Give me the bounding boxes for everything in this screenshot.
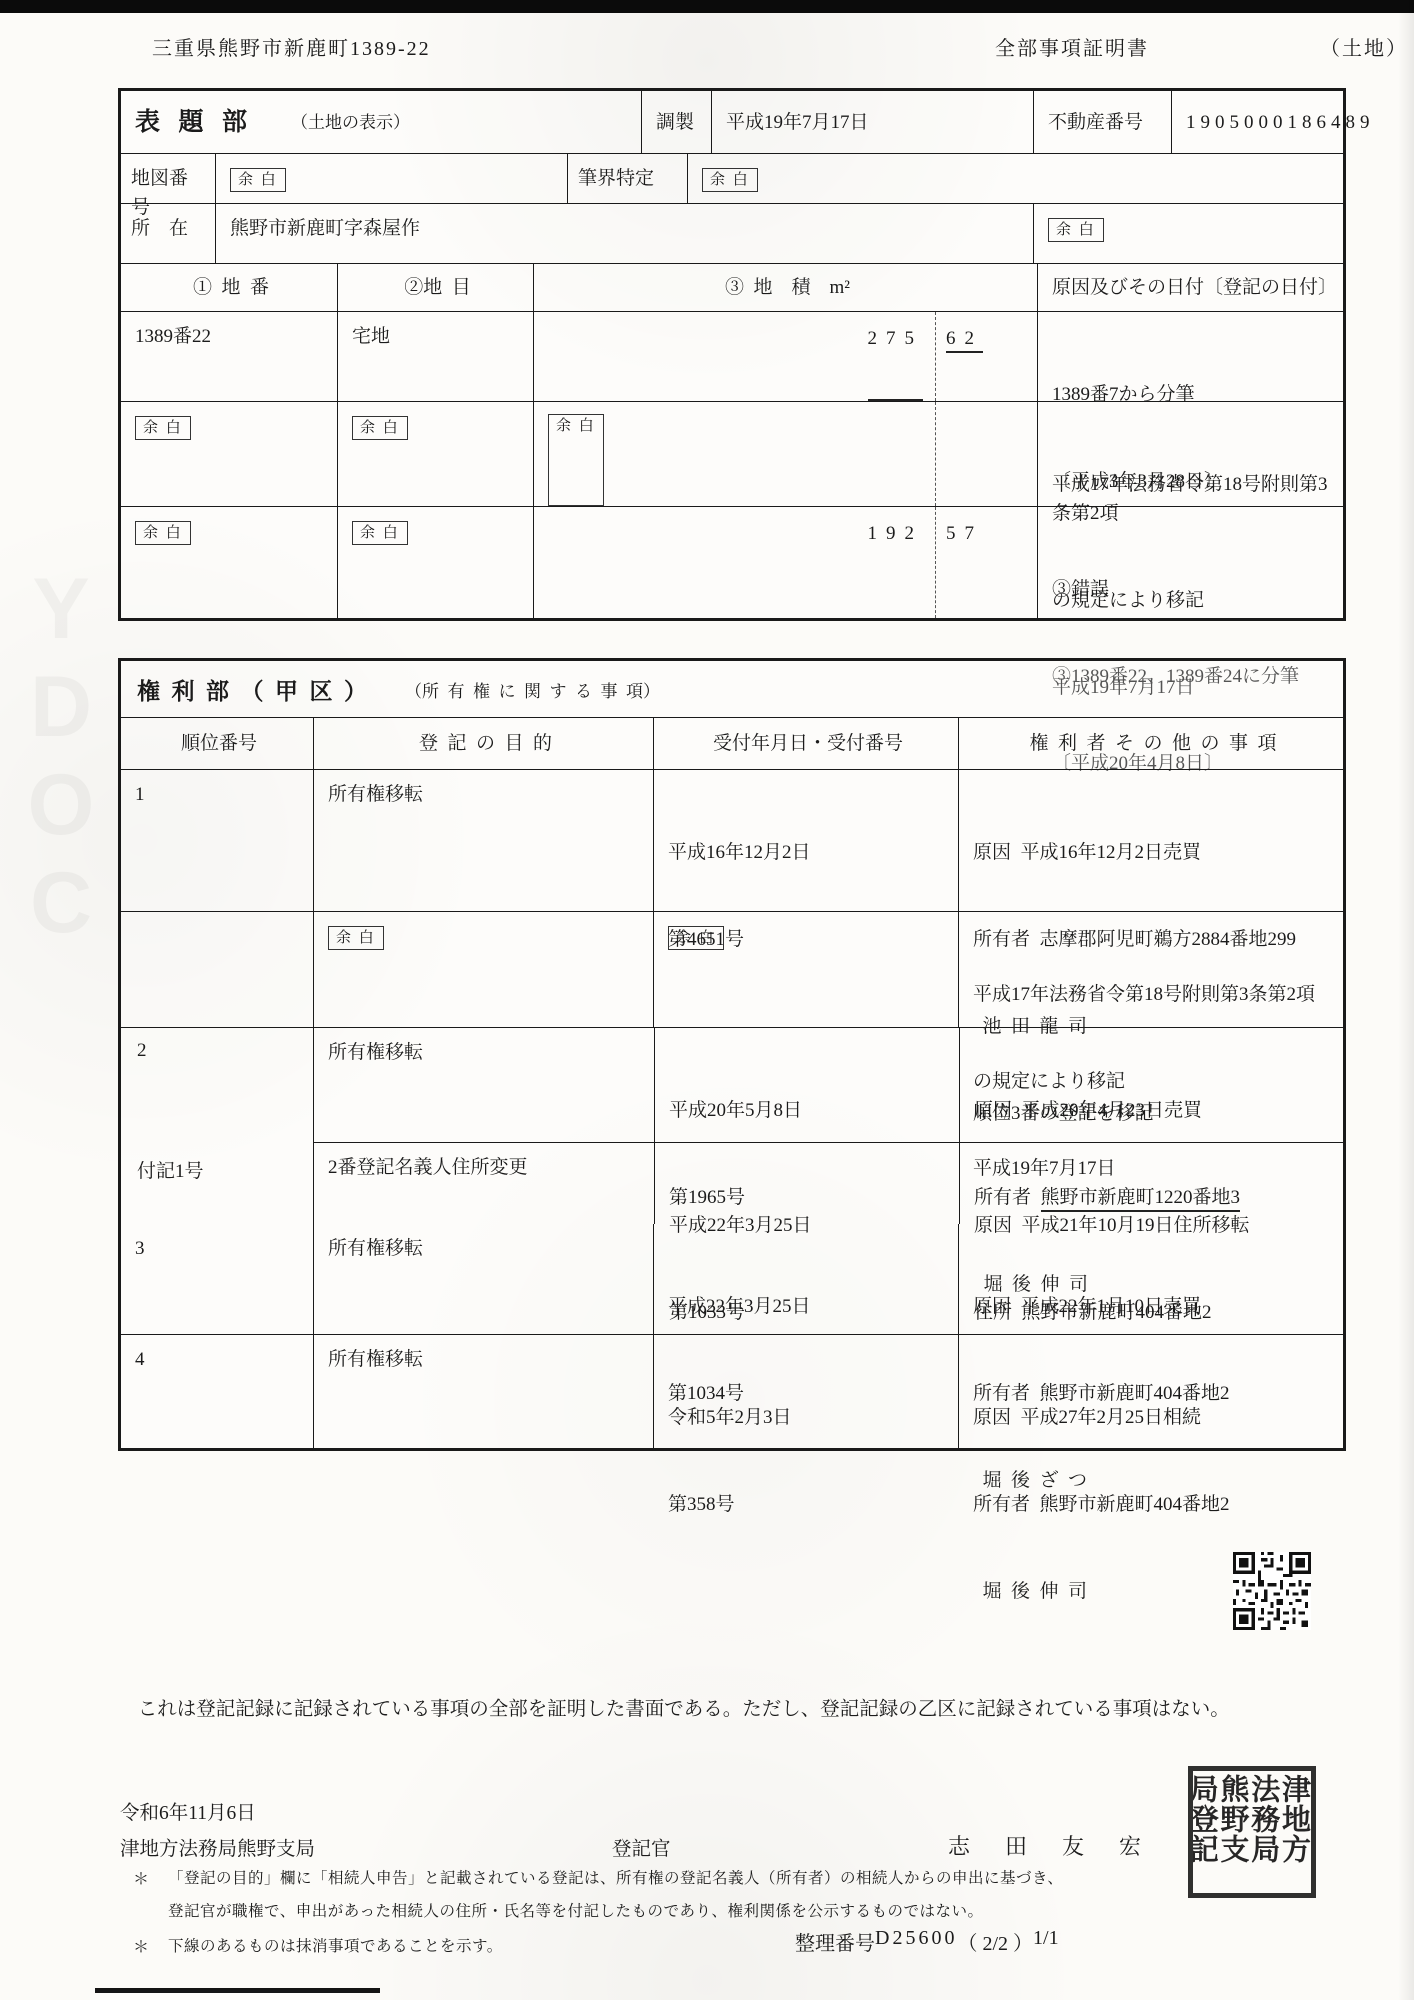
- reception-date: 令和5年2月3日: [668, 1403, 948, 1432]
- boundary-label: 筆界特定: [567, 154, 687, 203]
- land-category: 宅地: [337, 312, 533, 401]
- table-row: 所有権移転 平成20年5月8日 第1965号 原因 平成20年4月23日売買 所…: [314, 1028, 1343, 1142]
- col-cause: 原因及びその日付〔登記の日付〕: [1037, 264, 1343, 311]
- reference-number-row: 整理番号 D25600 （ 2/2 ） 1/1: [795, 1927, 1059, 1956]
- table-row: 4 所有権移転 令和5年2月3日 第358号 原因 平成27年2月25日相続 所…: [121, 1334, 1343, 1448]
- land-area: 192 57: [533, 507, 1037, 618]
- document-type: （土地）: [1320, 32, 1408, 61]
- footnote-1-line-2: 登記官が職権で、申出があった相続人の住所・氏名等を付記したものであり、権利関係を…: [168, 1899, 984, 1921]
- area-decimal: 57: [946, 523, 983, 544]
- cause-line: ③錯誤: [1052, 575, 1333, 604]
- holder-details: 原因 平成21年10月19日住所移転 住所 熊野市新鹿町404番地2: [959, 1143, 1343, 1224]
- col-reception: 受付年月日・受付番号: [653, 718, 958, 769]
- rights-section-table: 権 利 部 （ 甲 区 ） （所 有 権 に 関 す る 事 項） 順位番号 登…: [118, 658, 1346, 1451]
- scan-artifact-bottom: [95, 1988, 380, 1993]
- document-title: 全部事項証明書: [995, 32, 1149, 61]
- map-number-label: 地図番号: [121, 154, 215, 203]
- blank-label: 余 白: [352, 521, 408, 545]
- location-row: 所 在 熊野市新鹿町字森屋作 余 白: [121, 203, 1343, 263]
- footnote-1-line-1: 「登記の目的」欄に「相続人申告」と記載されている登記は、所有権の登記名義人（所有…: [168, 1866, 1308, 1888]
- rank: 3: [121, 1224, 313, 1334]
- qr-code-icon: [1233, 1552, 1311, 1630]
- reception-date: 平成22年3月25日: [668, 1292, 948, 1321]
- title-section-heading: 表 題 部 （土地の表示）: [121, 91, 641, 153]
- sheet-number: 1/1: [1033, 1927, 1059, 1956]
- title-columns-row: ① 地 番 ②地 目 ③ 地 積 m² 原因及びその日付〔登記の日付〕: [121, 263, 1343, 311]
- reception-date: 平成20年5月8日: [669, 1096, 949, 1125]
- table-row: 1389番22 宅地 275 62 1389番7から分筆 〔平成3年3月28日〕: [121, 311, 1343, 401]
- rank: [121, 912, 313, 1027]
- location-value: 熊野市新鹿町字森屋作: [215, 204, 1033, 263]
- prepared-label: 調製: [641, 91, 711, 153]
- title-section-table: 表 題 部 （土地の表示） 調製 平成19年7月17日 不動産番号 190500…: [118, 88, 1346, 621]
- blank-label: 余 白: [668, 926, 724, 950]
- cause-cell: 1389番7から分筆 〔平成3年3月28日〕: [1037, 312, 1343, 401]
- certification-statement: これは登記記録に記録されている事項の全部を証明した書面である。ただし、登記記録の…: [128, 1693, 1390, 1727]
- footnote-2: 下線のあるものは抹消事項であることを示す。: [168, 1934, 503, 1956]
- col-land-category: ②地 目: [337, 264, 533, 311]
- rights-columns-row: 順位番号 登 記 の 目 的 受付年月日・受付番号 権 利 者 そ の 他 の …: [121, 717, 1343, 769]
- blank-label: 余 白: [702, 168, 758, 192]
- reception: 平成22年3月25日 第1034号: [653, 1224, 958, 1334]
- footnote-asterisk: ＊: [133, 1934, 149, 1957]
- rank: 4: [121, 1335, 313, 1448]
- section-heading: 表 題 部: [135, 108, 249, 137]
- reception: 平成22年3月25日 第1033号: [654, 1143, 959, 1224]
- rank: 1: [121, 770, 313, 911]
- table-row: 余 白 余 白 余 白 平成17年法務省令第18号附則第3条第2項 の規定により…: [121, 401, 1343, 506]
- cause-cell: 平成17年法務省令第18号附則第3条第2項 の規定により移記 平成19年7月17…: [1037, 402, 1343, 506]
- holder-details: 原因 平成20年4月23日売買 所有者 熊野市新鹿町1220番地3 堀 後 伸 …: [959, 1028, 1343, 1142]
- issue-date: 令和6年11月6日: [120, 1797, 256, 1825]
- col-holder: 権 利 者 そ の 他 の 事 項: [958, 718, 1343, 769]
- rights-section-heading-row: 権 利 部 （ 甲 区 ） （所 有 権 に 関 す る 事 項）: [121, 661, 1343, 717]
- table-row: 1 所有権移転 平成16年12月2日 第4651号 原因 平成16年12月2日売…: [121, 769, 1343, 911]
- blank-label: 余 白: [328, 926, 384, 950]
- land-area: 余 白: [533, 402, 1037, 506]
- property-number-value: 1905000186489: [1171, 91, 1385, 153]
- rank: 付記1号: [137, 1156, 204, 1183]
- table-row-pair: 2 付記1号 所有権移転 平成20年5月8日 第1965号 原因 平成20年4月…: [121, 1027, 1343, 1224]
- anticopy-watermark: Y D O C: [18, 560, 104, 952]
- registrar-name: 志 田 友 宏: [948, 1830, 1149, 1861]
- reception: 平成16年12月2日 第4651号: [653, 770, 958, 911]
- registrar-label: 登記官: [612, 1833, 671, 1861]
- section-heading-sub: （土地の表示）: [291, 108, 410, 137]
- table-row: 余 白 余 白 192 57 ③錯誤 ③1389番22、1389番24に分筆 〔…: [121, 506, 1343, 618]
- issuing-office: 津地方法務局熊野支局: [120, 1833, 315, 1861]
- holder-details: 原因 平成22年1月10日売買 所有者 熊野市新鹿町404番地2 堀 後 ざ つ: [958, 1224, 1343, 1334]
- table-row: 3 所有権移転 平成22年3月25日 第1034号 原因 平成22年1月10日売…: [121, 1224, 1343, 1334]
- detail-line: 平成17年法務省令第18号附則第3条第2項: [973, 980, 1333, 1009]
- reception: 令和5年2月3日 第358号: [653, 1335, 958, 1448]
- boundary-value: 余 白: [687, 154, 1343, 203]
- reception-number: 第358号: [668, 1490, 948, 1519]
- detail-line: 原因 平成16年12月2日売買: [973, 838, 1333, 867]
- blank-label: 余 白: [548, 414, 604, 506]
- section-heading: 権 利 部 （ 甲 区 ）: [137, 673, 367, 706]
- purpose: 所有権移転: [313, 1335, 653, 1448]
- page-fraction: （ 2/2 ）: [957, 1927, 1033, 1956]
- rank-merged-cell: 2 付記1号: [121, 1028, 313, 1224]
- map-number-row: 地図番号 余 白 筆界特定 余 白: [121, 153, 1343, 203]
- table-row: 余 白 余 白 平成17年法務省令第18号附則第3条第2項 の規定により移記 平…: [121, 911, 1343, 1027]
- location-blank: 余 白: [1033, 204, 1343, 263]
- lot-number: 1389番22: [121, 312, 337, 401]
- detail-line: 原因 平成27年2月25日相続: [973, 1403, 1333, 1432]
- holder-details: 原因 平成27年2月25日相続 所有者 熊野市新鹿町404番地2 堀 後 伸 司: [958, 1335, 1343, 1448]
- prepared-value: 平成19年7月17日: [711, 91, 1033, 153]
- blank-label: 余 白: [135, 416, 191, 440]
- property-number-label: 不動産番号: [1033, 91, 1171, 153]
- detail-line: 所有者 熊野市新鹿町404番地2: [973, 1490, 1333, 1519]
- col-rank: 順位番号: [121, 718, 313, 769]
- purpose: 所有権移転: [313, 1224, 653, 1334]
- blank-label: 余 白: [230, 168, 286, 192]
- area-decimal: 62: [946, 328, 983, 353]
- title-section-header-row: 表 題 部 （土地の表示） 調製 平成19年7月17日 不動産番号 190500…: [121, 91, 1343, 153]
- purpose: 2番登記名義人住所変更: [314, 1143, 654, 1224]
- reference-number-value: D25600: [875, 1927, 957, 1956]
- col-lot-number: ① 地 番: [121, 264, 337, 311]
- map-number-value: 余 白: [215, 154, 567, 203]
- col-purpose: 登 記 の 目 的: [313, 718, 653, 769]
- document-page: Y D O C 三重県熊野市新鹿町1389-22 全部事項証明書 （土地） 表 …: [0, 0, 1414, 2000]
- blank-label: 余 白: [1048, 218, 1104, 242]
- reception: 平成20年5月8日 第1965号: [654, 1028, 959, 1142]
- blank-label: 余 白: [135, 521, 191, 545]
- detail-line: 原因 平成20年4月23日売買: [974, 1096, 1333, 1125]
- holder-details: 原因 平成16年12月2日売買 所有者 志摩郡阿児町鵜方2884番地299 池 …: [958, 770, 1343, 911]
- property-address-header: 三重県熊野市新鹿町1389-22: [152, 32, 431, 61]
- reception-date: 平成16年12月2日: [668, 838, 948, 867]
- area-integer: 192: [868, 519, 924, 618]
- detail-line: 原因 平成22年1月10日売買: [973, 1292, 1333, 1321]
- land-area: 275 62: [533, 312, 1037, 401]
- area-integer: 275: [868, 324, 924, 401]
- holder-details: 平成17年法務省令第18号附則第3条第2項 の規定により移記 平成19年7月17…: [958, 912, 1343, 1027]
- location-label: 所 在: [121, 204, 215, 263]
- cause-cell: ③錯誤 ③1389番22、1389番24に分筆 〔平成20年4月8日〕: [1037, 507, 1343, 618]
- purpose: 所有権移転: [313, 770, 653, 911]
- reference-number-label: 整理番号: [795, 1927, 875, 1956]
- footnote-asterisk: ＊: [133, 1866, 149, 1889]
- col-land-area: ③ 地 積 m²: [533, 264, 1037, 311]
- table-row: 2番登記名義人住所変更 平成22年3月25日 第1033号 原因 平成21年10…: [314, 1142, 1343, 1224]
- scan-artifact-top: [0, 0, 1414, 13]
- purpose: 所有権移転: [314, 1028, 654, 1142]
- rank: 2: [137, 1040, 303, 1062]
- blank-label: 余 白: [352, 416, 408, 440]
- section-heading-sub: （所 有 権 に 関 す る 事 項）: [405, 677, 660, 702]
- scan-edge-shadow: [1398, 0, 1414, 2000]
